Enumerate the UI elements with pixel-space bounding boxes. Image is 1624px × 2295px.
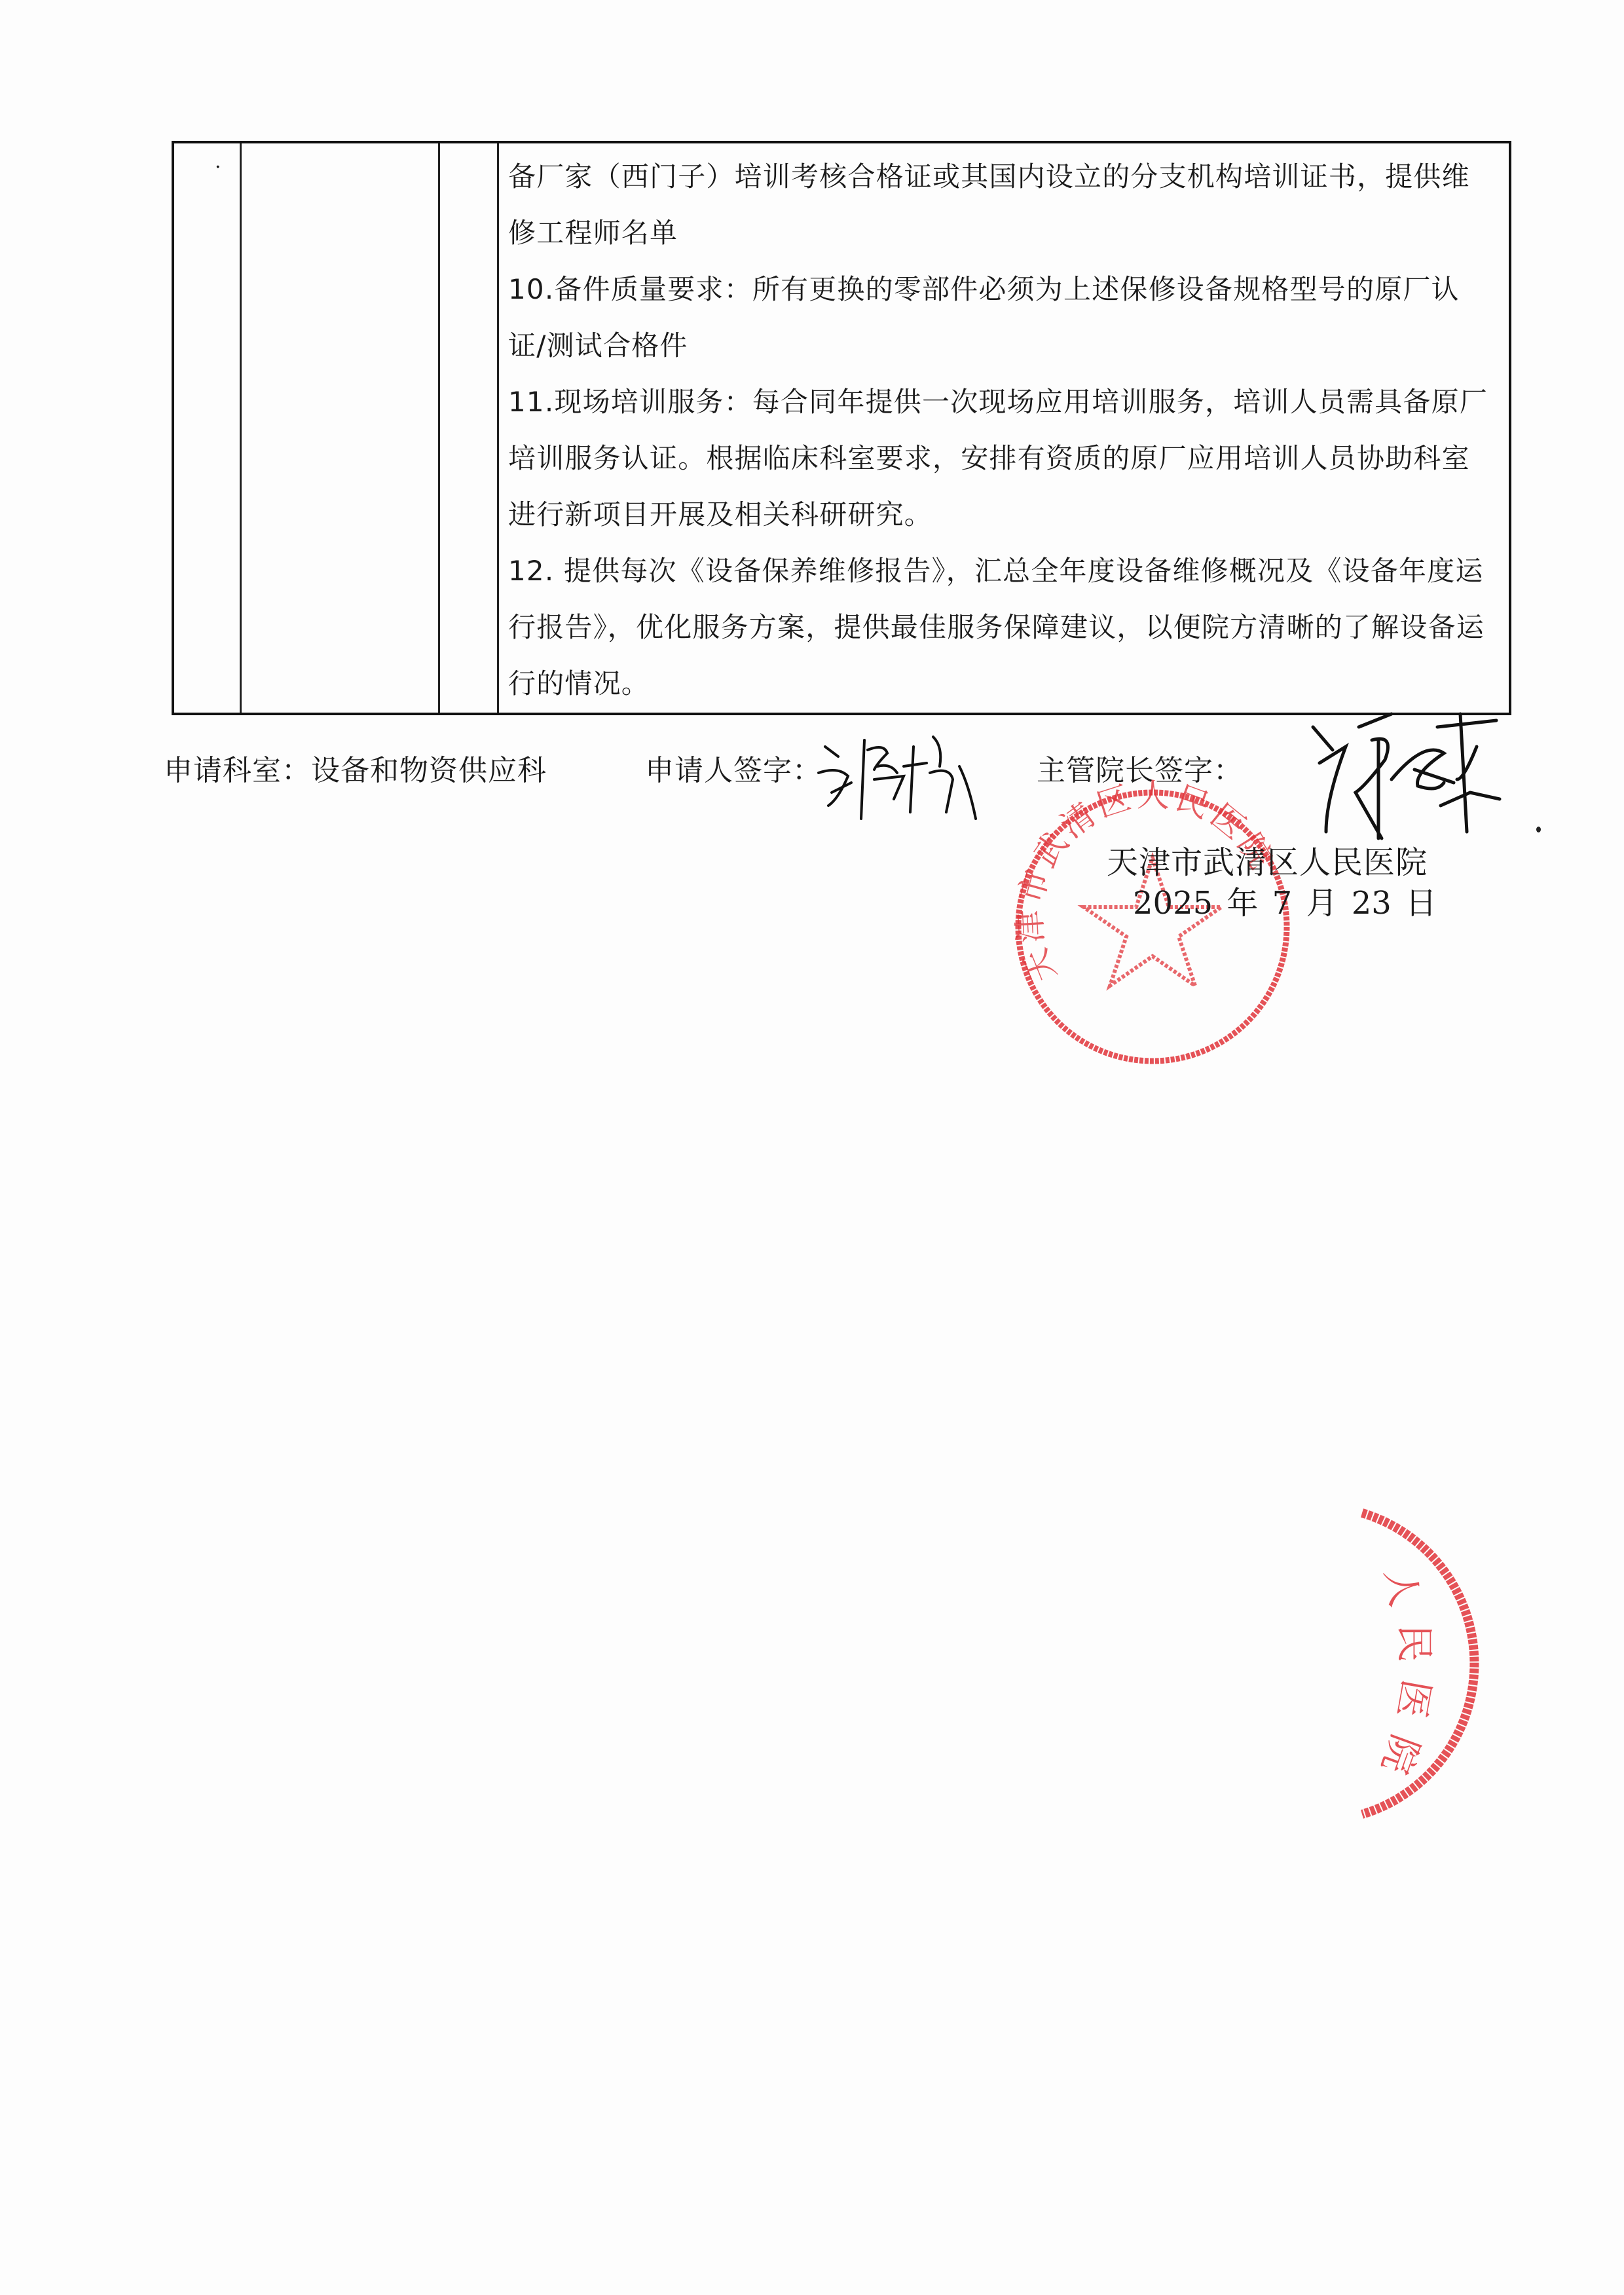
department-line: 申请科室：设备和物资供应科 [164, 747, 547, 789]
column-divider [240, 143, 242, 713]
svg-text:院: 院 [1373, 1729, 1428, 1780]
organization-name: 天津市武清区人民医院 [1107, 837, 1428, 882]
department-label: 申请科室： [164, 747, 311, 789]
requirement-paragraph: 11.现场培训服务：每合同年提供一次现场应用培训服务，培训人员需具备原厂培训服务… [508, 374, 1493, 543]
applicant-signature-label: 申请人签字： [645, 747, 822, 789]
requirement-paragraph: 12. 提供每次《设备保养维修报告》，汇总全年度设备维修概况及《设备年度运行报告… [508, 543, 1493, 712]
applicant-signature [812, 727, 989, 825]
director-signature-label: 主管院长签字： [1037, 747, 1243, 789]
column-divider [438, 143, 440, 713]
column-divider [497, 143, 499, 713]
department-value: 设备和物资供应科 [311, 747, 547, 789]
director-signature [1274, 701, 1509, 845]
svg-text:医: 医 [1389, 1676, 1439, 1721]
requirement-paragraph: 10.备件质量要求：所有更换的零部件必须为上述保修设备规格型号的原厂认证/测试合… [508, 261, 1493, 374]
requirements-table: · 备厂家（西门子）培训考核合格证或其国内设立的分支机构培训证书，提供维修工程师… [172, 141, 1511, 715]
document-page: · 备厂家（西门子）培训考核合格证或其国内设立的分支机构培训证书，提供维修工程师… [0, 0, 1624, 2295]
ink-speck [1536, 827, 1541, 832]
svg-text:民: 民 [1392, 1624, 1437, 1662]
official-seal-icon: 天津市武清区人民医院 [1005, 779, 1300, 1074]
signing-date: 2025 年 7 月 23 日 [1133, 878, 1437, 923]
paging-seal-icon: 人 民 医 院 [1336, 1506, 1493, 1834]
requirements-content-cell: 备厂家（西门子）培训考核合格证或其国内设立的分支机构培训证书，提供维修工程师名单… [508, 143, 1493, 713]
svg-text:人: 人 [1376, 1565, 1427, 1610]
requirement-paragraph: 备厂家（西门子）培训考核合格证或其国内设立的分支机构培训证书，提供维修工程师名单 [508, 149, 1493, 261]
row-marker: · [215, 158, 221, 177]
